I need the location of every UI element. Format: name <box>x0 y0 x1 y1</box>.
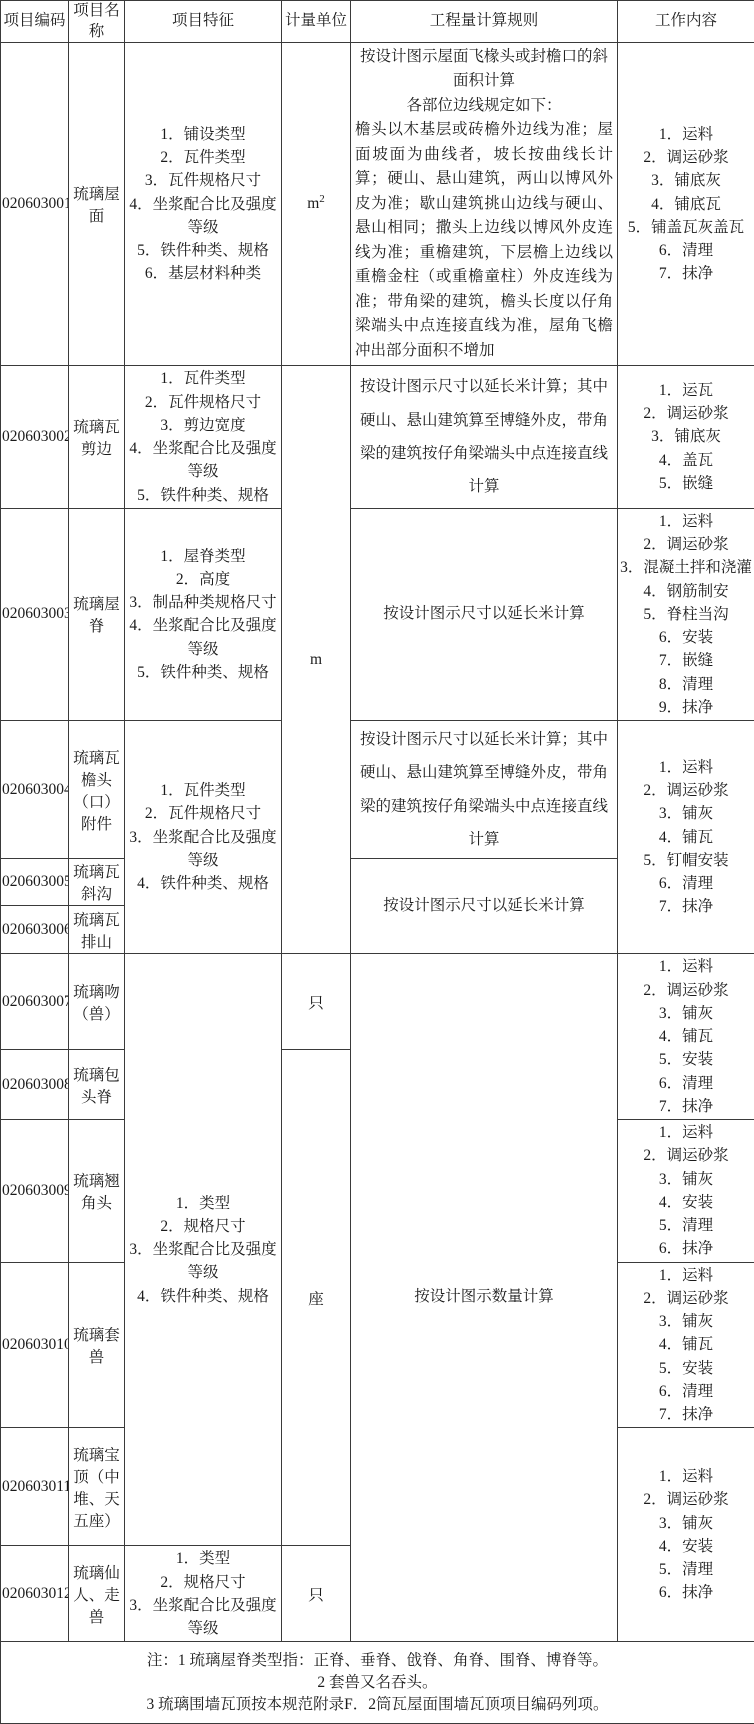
unit-cell: 只 <box>282 1546 351 1642</box>
header-project-name: 项目名称 <box>69 1 125 43</box>
list-item: 1．运料 <box>619 1121 753 1144</box>
note-line: 注：1 琉璃屋脊类型指：正脊、垂脊、戗脊、角脊、围脊、博脊等。 <box>3 1650 752 1672</box>
list-item: 2．调运砂浆 <box>619 979 753 1002</box>
list-item: 2．调运砂浆 <box>619 1144 753 1167</box>
work-cell: 1．运料2．调运砂浆3．铺灰4．铺瓦5．钉帽安装6．清理7．抹净 <box>618 721 754 954</box>
list-item: 8．清理 <box>619 673 753 696</box>
code-cell: 020603001 <box>1 43 69 366</box>
list-item: 4．安装 <box>619 1535 753 1558</box>
list-item: 3．混凝土拌和浇灌 <box>619 556 753 579</box>
list-item: 6．抹净 <box>619 1237 753 1260</box>
list-item: 2．调运砂浆 <box>619 146 753 169</box>
code-cell: 020603006 <box>1 906 69 954</box>
code-cell: 020603005 <box>1 859 69 906</box>
name-cell: 琉璃瓦斜沟 <box>69 859 125 906</box>
list-item: 5．嵌缝 <box>619 472 753 495</box>
rules-cell: 按设计图示数量计算 <box>351 954 618 1642</box>
list-item: 3．铺底灰 <box>619 169 753 192</box>
table-row: 020603004 琉璃瓦檐头（口）附件 1．瓦件类型2．瓦件规格尺寸3．坐浆配… <box>1 721 754 859</box>
unit-superscript: 2 <box>319 193 325 205</box>
name-cell: 琉璃翘角头 <box>69 1120 125 1263</box>
rules-line: 各部位边线规定如下： <box>355 94 613 118</box>
list-item: 5．安装 <box>619 1357 753 1380</box>
list-item: 5．清理 <box>619 1558 753 1581</box>
list-item: 4．铺底瓦 <box>619 193 753 216</box>
list-item: 2．调运砂浆 <box>619 1287 753 1310</box>
work-cell: 1．运料2．调运砂浆3．铺灰4．安装5．清理6．抹净 <box>618 1428 754 1642</box>
list-item: 1．瓦件类型 <box>126 779 280 802</box>
list-item: 6．基层材料种类 <box>126 262 280 285</box>
features-cell: 1．瓦件类型2．瓦件规格尺寸3．剪边宽度4．坐浆配合比及强度等级5．铁件种类、规… <box>125 366 282 509</box>
list-item: 7．抹净 <box>619 895 753 918</box>
table-row: 020603007 琉璃吻（兽） 1．类型2．规格尺寸3．坐浆配合比及强度等级4… <box>1 954 754 1050</box>
work-cell: 1．运料2．调运砂浆3．混凝土拌和浇灌4．钢筋制安5．脊柱当沟6．安装7．嵌缝8… <box>618 508 754 720</box>
list-item: 4．铁件种类、规格 <box>126 872 280 895</box>
name-cell: 琉璃屋脊 <box>69 508 125 720</box>
rules-cell: 按设计图示尺寸以延长米计算 <box>351 859 618 954</box>
code-cell: 020603007 <box>1 954 69 1050</box>
code-cell: 020603008 <box>1 1050 69 1120</box>
code-cell: 020603012 <box>1 1546 69 1642</box>
name-cell: 琉璃包头脊 <box>69 1050 125 1120</box>
rules-cell: 按设计图示尺寸以延长米计算；其中硬山、悬山建筑算至博缝外皮，带角梁的建筑按仔角梁… <box>351 721 618 859</box>
list-item: 6．抹净 <box>619 1581 753 1604</box>
code-cell: 020603011 <box>1 1428 69 1546</box>
unit-cell: m2 <box>282 43 351 366</box>
list-item: 3．坐浆配合比及强度等级 <box>126 1238 280 1285</box>
list-item: 5．脊柱当沟 <box>619 603 753 626</box>
list-item: 3．铺灰 <box>619 1002 753 1025</box>
list-item: 1．运料 <box>619 123 753 146</box>
list-item: 2．规格尺寸 <box>126 1571 280 1594</box>
list-item: 1．类型 <box>126 1192 280 1215</box>
list-item: 4．坐浆配合比及强度等级 <box>126 614 280 661</box>
list-item: 6．清理 <box>619 1380 753 1403</box>
table-row: 020603003 琉璃屋脊 1．屋脊类型2．高度3．制品种类规格尺寸4．坐浆配… <box>1 508 754 720</box>
list-item: 2．调运砂浆 <box>619 402 753 425</box>
list-item: 4．钢筋制安 <box>619 580 753 603</box>
rules-cell: 按设计图示屋面飞椽头或封檐口的斜面积计算 各部位边线规定如下： 檐头以木基层或砖… <box>351 43 618 366</box>
notes-row: 注：1 琉璃屋脊类型指：正脊、垂脊、戗脊、角脊、围脊、博脊等。 2 套兽又名吞头… <box>1 1642 754 1724</box>
list-item: 1．屋脊类型 <box>126 545 280 568</box>
list-item: 4．铁件种类、规格 <box>126 1285 280 1308</box>
list-item: 1．铺设类型 <box>126 123 280 146</box>
features-cell: 1．屋脊类型2．高度3．制品种类规格尺寸4．坐浆配合比及强度等级5．铁件种类、规… <box>125 508 282 720</box>
header-project-code: 项目编码 <box>1 1 69 43</box>
list-item: 5．铺盖瓦灰盖瓦 <box>619 216 753 239</box>
list-item: 3．瓦件规格尺寸 <box>126 169 280 192</box>
features-cell: 1．类型2．规格尺寸3．坐浆配合比及强度等级4．铁件种类、规格 <box>125 954 282 1546</box>
list-item: 3．坐浆配合比及强度等级 <box>126 1594 280 1641</box>
table-row: 020603001 琉璃屋面 1．铺设类型2．瓦件类型3．瓦件规格尺寸4．坐浆配… <box>1 43 754 366</box>
list-item: 4．铺瓦 <box>619 1025 753 1048</box>
rules-paragraph: 檐头以木基层或砖檐外边线为准；屋面坡面为曲线者，坡长按曲线长计算；硬山、悬山建筑… <box>355 118 613 363</box>
list-item: 1．运料 <box>619 955 753 978</box>
table-row: 020603002 琉璃瓦剪边 1．瓦件类型2．瓦件规格尺寸3．剪边宽度4．坐浆… <box>1 366 754 509</box>
list-item: 5．安装 <box>619 1048 753 1071</box>
work-cell: 1．运料2．调运砂浆3．铺底灰4．铺底瓦5．铺盖瓦灰盖瓦6．清理7．抹净 <box>618 43 754 366</box>
list-item: 3．铺底灰 <box>619 425 753 448</box>
list-item: 2．高度 <box>126 568 280 591</box>
list-item: 3．制品种类规格尺寸 <box>126 591 280 614</box>
name-cell: 琉璃套兽 <box>69 1262 125 1428</box>
features-cell: 1．铺设类型2．瓦件类型3．瓦件规格尺寸4．坐浆配合比及强度等级5．铁件种类、规… <box>125 43 282 366</box>
list-item: 3．铺灰 <box>619 1512 753 1535</box>
list-item: 7．抹净 <box>619 262 753 285</box>
list-item: 2．调运砂浆 <box>619 779 753 802</box>
list-item: 3．坐浆配合比及强度等级 <box>126 826 280 873</box>
note-line: 3 琉璃围墙瓦顶按本规范附录F．2筒瓦屋面围墙瓦顶项目编码列项。 <box>3 1694 752 1716</box>
name-cell: 琉璃吻（兽） <box>69 954 125 1050</box>
list-item: 1．类型 <box>126 1547 280 1570</box>
features-cell: 1．类型2．规格尺寸3．坐浆配合比及强度等级 <box>125 1546 282 1642</box>
features-cell: 1．瓦件类型2．瓦件规格尺寸3．坐浆配合比及强度等级4．铁件种类、规格 <box>125 721 282 954</box>
unit-base: m <box>307 195 319 212</box>
list-item: 1．运料 <box>619 756 753 779</box>
spec-table: 项目编码 项目名称 项目特征 计量单位 工程量计算规则 工作内容 0206030… <box>0 0 754 1724</box>
list-item: 6．清理 <box>619 239 753 262</box>
name-cell: 琉璃宝顶（中堆、天五座） <box>69 1428 125 1546</box>
list-item: 1．瓦件类型 <box>126 367 280 390</box>
unit-cell: m <box>282 366 351 954</box>
list-item: 4．坐浆配合比及强度等级 <box>126 437 280 484</box>
list-item: 3．铺灰 <box>619 1168 753 1191</box>
name-cell: 琉璃瓦排山 <box>69 906 125 954</box>
work-cell: 1．运料2．调运砂浆3．铺灰4．安装5．清理6．抹净 <box>618 1120 754 1263</box>
list-item: 3．剪边宽度 <box>126 414 280 437</box>
list-item: 2．瓦件规格尺寸 <box>126 802 280 825</box>
code-cell: 020603010 <box>1 1262 69 1428</box>
name-cell: 琉璃仙人、走兽 <box>69 1546 125 1642</box>
list-item: 5．铁件种类、规格 <box>126 239 280 262</box>
name-cell: 琉璃屋面 <box>69 43 125 366</box>
list-item: 2．调运砂浆 <box>619 1488 753 1511</box>
list-item: 1．运料 <box>619 510 753 533</box>
list-item: 9．抹净 <box>619 696 753 719</box>
rules-cell: 按设计图示尺寸以延长米计算 <box>351 508 618 720</box>
code-cell: 020603009 <box>1 1120 69 1263</box>
list-item: 5．铁件种类、规格 <box>126 484 280 507</box>
list-item: 1．运料 <box>619 1264 753 1287</box>
list-item: 6．清理 <box>619 1072 753 1095</box>
list-item: 5．铁件种类、规格 <box>126 661 280 684</box>
note-line: 2 套兽又名吞头。 <box>3 1672 752 1694</box>
header-work-content: 工作内容 <box>618 1 754 43</box>
list-item: 7．抹净 <box>619 1403 753 1426</box>
work-cell: 1．运料2．调运砂浆3．铺灰4．铺瓦5．安装6．清理7．抹净 <box>618 954 754 1120</box>
list-item: 2．规格尺寸 <box>126 1215 280 1238</box>
list-item: 4．铺瓦 <box>619 826 753 849</box>
header-unit: 计量单位 <box>282 1 351 43</box>
list-item: 7．嵌缝 <box>619 649 753 672</box>
list-item: 3．铺灰 <box>619 802 753 825</box>
unit-cell: 座 <box>282 1050 351 1546</box>
code-cell: 020603002 <box>1 366 69 509</box>
header-row: 项目编码 项目名称 项目特征 计量单位 工程量计算规则 工作内容 <box>1 1 754 43</box>
list-item: 4．铺瓦 <box>619 1333 753 1356</box>
work-cell: 1．运料2．调运砂浆3．铺灰4．铺瓦5．安装6．清理7．抹净 <box>618 1262 754 1428</box>
list-item: 5．钉帽安装 <box>619 849 753 872</box>
unit-cell: 只 <box>282 954 351 1050</box>
list-item: 2．瓦件类型 <box>126 146 280 169</box>
header-calc-rules: 工程量计算规则 <box>351 1 618 43</box>
list-item: 1．运瓦 <box>619 379 753 402</box>
work-cell: 1．运瓦2．调运砂浆3．铺底灰4．盖瓦5．嵌缝 <box>618 366 754 509</box>
list-item: 7．抹净 <box>619 1095 753 1118</box>
list-item: 4．盖瓦 <box>619 449 753 472</box>
list-item: 4．安装 <box>619 1191 753 1214</box>
list-item: 3．铺灰 <box>619 1310 753 1333</box>
header-project-features: 项目特征 <box>125 1 282 43</box>
list-item: 2．瓦件规格尺寸 <box>126 391 280 414</box>
name-cell: 琉璃瓦檐头（口）附件 <box>69 721 125 859</box>
code-cell: 020603003 <box>1 508 69 720</box>
list-item: 6．清理 <box>619 872 753 895</box>
list-item: 4．坐浆配合比及强度等级 <box>126 193 280 240</box>
name-cell: 琉璃瓦剪边 <box>69 366 125 509</box>
rules-line: 按设计图示屋面飞椽头或封檐口的斜面积计算 <box>355 45 613 94</box>
rules-cell: 按设计图示尺寸以延长米计算；其中硬山、悬山建筑算至博缝外皮，带角梁的建筑按仔角梁… <box>351 366 618 509</box>
code-cell: 020603004 <box>1 721 69 859</box>
list-item: 1．运料 <box>619 1465 753 1488</box>
list-item: 5．清理 <box>619 1214 753 1237</box>
list-item: 2．调运砂浆 <box>619 533 753 556</box>
list-item: 6．安装 <box>619 626 753 649</box>
notes-cell: 注：1 琉璃屋脊类型指：正脊、垂脊、戗脊、角脊、围脊、博脊等。 2 套兽又名吞头… <box>1 1642 754 1724</box>
